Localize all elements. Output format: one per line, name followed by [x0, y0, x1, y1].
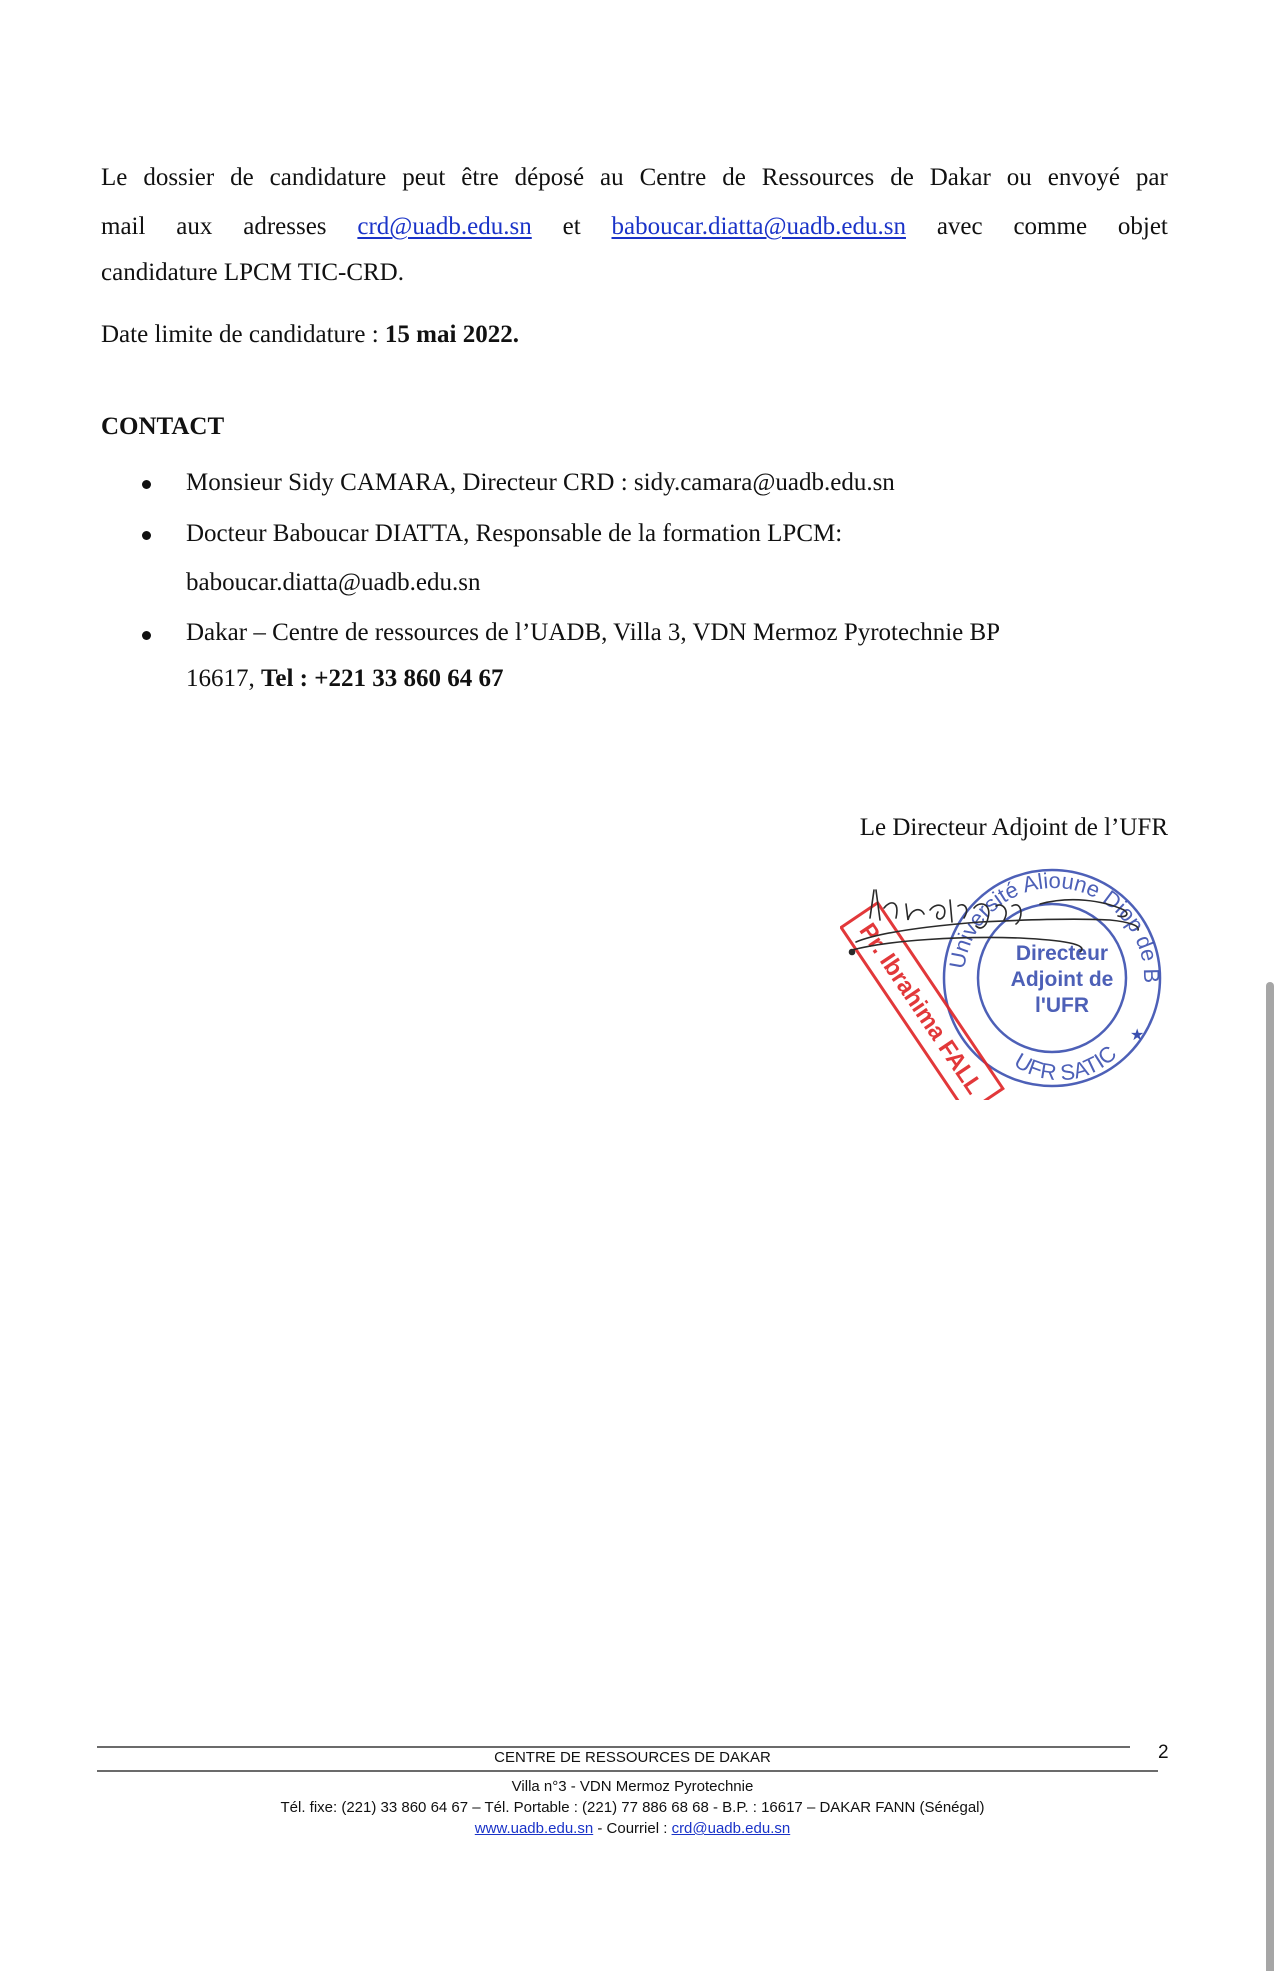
word: au: [600, 164, 624, 192]
footer-bottom-rule: [97, 1770, 1158, 1772]
word: dossier: [143, 164, 214, 192]
contact-heading: CONTACT: [101, 413, 224, 441]
mail-label: - Courriel :: [593, 1820, 671, 1837]
paragraph-line-3: candidature LPCM TIC-CRD.: [101, 260, 404, 285]
word: mail: [101, 213, 145, 241]
word: peut: [402, 164, 445, 192]
stamp-center-line-1: Directeur: [1016, 942, 1108, 965]
word: être: [461, 164, 498, 192]
vertical-scrollbar[interactable]: [1266, 982, 1274, 1971]
word: envoyé: [1048, 164, 1120, 192]
connector-text: et: [563, 213, 581, 241]
footer-phones: Tél. fixe: (221) 33 860 64 67 – Tél. Por…: [97, 1799, 1168, 1816]
bullet-icon: [142, 631, 154, 643]
contact-item-diatta: Docteur Baboucar DIATTA, Responsable de …: [186, 520, 842, 548]
word: Centre: [640, 164, 707, 192]
website-link[interactable]: www.uadb.edu.sn: [475, 1820, 593, 1837]
bullet-icon: [142, 480, 154, 492]
email-link-crd[interactable]: crd@uadb.edu.sn: [357, 213, 531, 241]
signature-caption: Le Directeur Adjoint de l’UFR: [818, 814, 1168, 842]
word: déposé: [515, 164, 584, 192]
word: Dakar: [930, 164, 991, 192]
footer-email-link[interactable]: crd@uadb.edu.sn: [672, 1820, 791, 1837]
contact-item-address: Dakar – Centre de ressources de l’UADB, …: [186, 619, 1000, 647]
contact-item-address-cont: 16617, Tel : +221 33 860 64 67: [186, 665, 504, 693]
stamp-center-line-3: l'UFR: [1035, 994, 1089, 1017]
document-page: LedossierdecandidaturepeutêtredéposéauCe…: [0, 0, 1284, 1971]
word: objet: [1118, 213, 1168, 241]
word: candidature: [270, 164, 387, 192]
word: adresses: [243, 213, 326, 241]
word: par: [1136, 164, 1168, 192]
svg-text:★: ★: [1130, 1027, 1144, 1044]
deadline-value: 15 mai 2022.: [385, 321, 519, 348]
contact-item-camara: Monsieur Sidy CAMARA, Directeur CRD : si…: [186, 469, 895, 497]
word: ou: [1007, 164, 1032, 192]
word: de: [890, 164, 914, 192]
postal-box: 16617,: [186, 665, 261, 692]
deadline-label: Date limite de candidature :: [101, 321, 385, 348]
word: avec: [937, 213, 983, 241]
word: comme: [1013, 213, 1087, 241]
word: aux: [176, 213, 212, 241]
contact-phone: Tel : +221 33 860 64 67: [261, 665, 504, 692]
email-link-diatta[interactable]: baboucar.diatta@uadb.edu.sn: [612, 213, 906, 241]
page-number: 2: [1158, 1742, 1169, 1764]
footer-top-rule: [97, 1746, 1130, 1748]
word: Le: [101, 164, 127, 192]
word: de: [722, 164, 746, 192]
footer-title: CENTRE DE RESSOURCES DE DAKAR: [97, 1749, 1168, 1766]
footer-address: Villa n°3 - VDN Mermoz Pyrotechnie: [97, 1778, 1168, 1795]
contact-item-diatta-email: baboucar.diatta@uadb.edu.sn: [186, 569, 480, 597]
paragraph-line-1: LedossierdecandidaturepeutêtredéposéauCe…: [101, 164, 1168, 192]
paragraph-line-2: mailauxadressescrd@uadb.edu.snetbaboucar…: [101, 213, 1168, 241]
footer-links: www.uadb.edu.sn - Courriel : crd@uadb.ed…: [97, 1820, 1168, 1837]
official-stamp: Université Alioune Diop de Bambey UFR SA…: [840, 860, 1180, 1100]
deadline: Date limite de candidature : 15 mai 2022…: [101, 322, 519, 347]
word: de: [230, 164, 254, 192]
bullet-icon: [142, 531, 154, 543]
word: Ressources: [762, 164, 874, 192]
stamp-center-line-2: Adjoint de: [1011, 968, 1114, 991]
